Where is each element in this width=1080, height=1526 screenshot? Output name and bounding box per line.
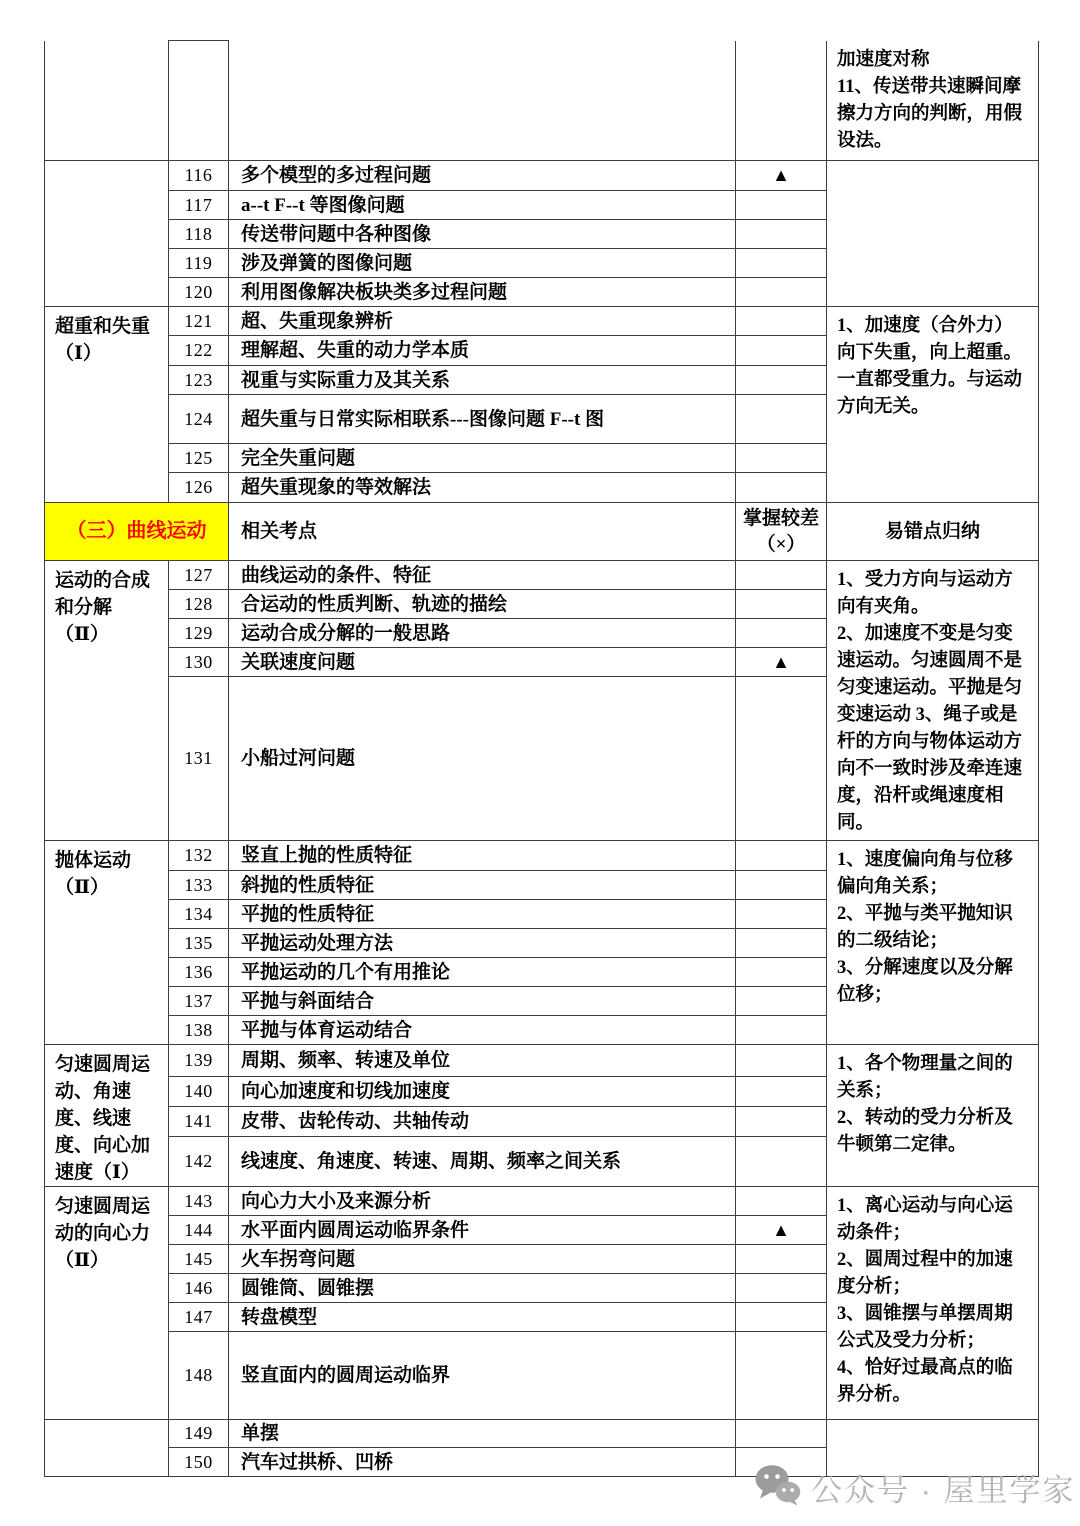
section-header-cell: （三）曲线运动 <box>45 503 229 561</box>
topic-cell: 圆锥筒、圆锥摆 <box>229 1274 736 1303</box>
row-number-cell: 130 <box>169 648 229 677</box>
topic-cell: 向心力大小及来源分析 <box>229 1187 736 1216</box>
mastery-cell <box>736 619 827 648</box>
row-number-cell: 135 <box>169 929 229 958</box>
notes-cell: 1、速度偏向角与位移 偏向角关系； 2、平抛与类平抛知识 的二级结论； 3、分解… <box>827 841 1039 1045</box>
row-number-cell: 136 <box>169 958 229 987</box>
page: { "header": { "section_label": "（三）曲线运动"… <box>0 0 1080 1526</box>
row-number-cell: 148 <box>169 1332 229 1420</box>
topic-cell: 平抛与体育运动结合 <box>229 1016 736 1045</box>
mastery-cell <box>736 871 827 900</box>
mastery-cell <box>736 1448 827 1477</box>
topic-cell: a--t F--t 等图像问题 <box>229 191 736 220</box>
category-cell: 匀速圆周运 动、角速 度、线速 度、向心加 速度（Ⅰ） <box>45 1045 169 1187</box>
category-cell: 匀速圆周运 动的向心力 （Ⅱ） <box>45 1187 169 1420</box>
mastery-cell <box>736 677 827 841</box>
notes-cell: 1、加速度（合外力） 向下失重，向上超重。 一直都受重力。与运动 方向无关。 <box>827 307 1039 503</box>
mastery-cell <box>736 307 827 336</box>
row-number-cell: 123 <box>169 366 229 395</box>
mastery-cell <box>736 1016 827 1045</box>
row-number-cell: 142 <box>169 1136 229 1186</box>
topic-cell: 关联速度问题 <box>229 648 736 677</box>
topic-cell: 竖直上抛的性质特征 <box>229 841 736 871</box>
mastery-mark: ▲ <box>736 648 827 677</box>
notes-cell <box>827 1420 1039 1477</box>
topics-header-cell: 相关考点 <box>229 503 736 561</box>
mastery-cell <box>736 1274 827 1303</box>
topic-cell: 运动合成分解的一般思路 <box>229 619 736 648</box>
row-number-cell: 150 <box>169 1448 229 1477</box>
mastery-cell <box>736 366 827 395</box>
notes-cell: 加速度对称 11、传送带共速瞬间摩 擦力方向的判断，用假 设法。 <box>827 41 1039 161</box>
mastery-cell <box>736 444 827 473</box>
category-cell <box>45 41 169 161</box>
mastery-cell <box>736 561 827 590</box>
row-number-cell: 117 <box>169 191 229 220</box>
topic-cell: 合运动的性质判断、轨迹的描绘 <box>229 590 736 619</box>
row-number-cell: 116 <box>169 161 229 191</box>
topic-cell: 斜抛的性质特征 <box>229 871 736 900</box>
category-cell <box>45 161 169 307</box>
mastery-cell <box>736 395 827 444</box>
mastery-cell <box>736 1106 827 1136</box>
category-cell: 抛体运动 （Ⅱ） <box>45 841 169 1045</box>
topic-cell: 平抛运动处理方法 <box>229 929 736 958</box>
row-number-cell: 139 <box>169 1045 229 1077</box>
topic-cell: 理解超、失重的动力学本质 <box>229 336 736 366</box>
mastery-cell <box>736 1332 827 1420</box>
mastery-cell <box>736 900 827 929</box>
mastery-cell <box>736 1303 827 1332</box>
row-number-cell: 127 <box>169 561 229 590</box>
mastery-mark: ▲ <box>736 161 827 191</box>
row-number-cell: 122 <box>169 336 229 366</box>
row-number-cell: 145 <box>169 1245 229 1274</box>
row-number-cell: 146 <box>169 1274 229 1303</box>
mastery-cell <box>736 1045 827 1077</box>
topic-cell: 涉及弹簧的图像问题 <box>229 249 736 278</box>
row-number-cell: 147 <box>169 1303 229 1332</box>
topic-cell: 超、失重现象辨析 <box>229 307 736 336</box>
topic-cell: 完全失重问题 <box>229 444 736 473</box>
notes-cell: 1、离心运动与向心运 动条件； 2、圆周过程中的加速 度分析； 3、圆锥摆与单摆… <box>827 1187 1039 1420</box>
topic-cell: 火车拐弯问题 <box>229 1245 736 1274</box>
topic-cell: 转盘模型 <box>229 1303 736 1332</box>
row-number-cell: 121 <box>169 307 229 336</box>
topic-cell: 水平面内圆周运动临界条件 <box>229 1216 736 1245</box>
topics-table-body: 加速度对称 11、传送带共速瞬间摩 擦力方向的判断，用假 设法。116多个模型的… <box>45 41 1039 1477</box>
notes-cell <box>827 161 1039 307</box>
row-number-cell: 118 <box>169 220 229 249</box>
row-number-cell: 149 <box>169 1420 229 1448</box>
topic-cell: 平抛的性质特征 <box>229 900 736 929</box>
mastery-cell <box>736 473 827 503</box>
mastery-cell <box>736 841 827 871</box>
row-number-cell: 126 <box>169 473 229 503</box>
mastery-cell <box>736 590 827 619</box>
row-number-cell: 119 <box>169 249 229 278</box>
row-number-cell: 144 <box>169 1216 229 1245</box>
mastery-cell <box>736 41 827 161</box>
row-number-cell: 131 <box>169 677 229 841</box>
notes-cell: 1、受力方向与运动方 向有夹角。 2、加速度不变是匀变 速运动。匀速圆周不是 匀… <box>827 561 1039 841</box>
mastery-cell <box>736 191 827 220</box>
topic-cell: 汽车过拱桥、凹桥 <box>229 1448 736 1477</box>
topic-cell: 超失重现象的等效解法 <box>229 473 736 503</box>
row-number-cell: 120 <box>169 278 229 307</box>
mastery-cell <box>736 249 827 278</box>
row-number-cell: 133 <box>169 871 229 900</box>
mastery-cell <box>736 1076 827 1106</box>
topic-cell: 线速度、角速度、转速、周期、频率之间关系 <box>229 1136 736 1186</box>
topic-cell: 多个模型的多过程问题 <box>229 161 736 191</box>
topic-cell: 周期、频率、转速及单位 <box>229 1045 736 1077</box>
mastery-cell <box>736 278 827 307</box>
topic-cell: 皮带、齿轮传动、共轴传动 <box>229 1106 736 1136</box>
topic-cell: 小船过河问题 <box>229 677 736 841</box>
topic-cell: 单摆 <box>229 1420 736 1448</box>
row-number-cell: 129 <box>169 619 229 648</box>
row-number-cell: 134 <box>169 900 229 929</box>
mastery-cell <box>736 1245 827 1274</box>
category-cell: 运动的合成 和分解 （Ⅱ） <box>45 561 169 841</box>
topic-cell: 传送带问题中各种图像 <box>229 220 736 249</box>
row-number-cell: 125 <box>169 444 229 473</box>
category-cell: 超重和失重 （Ⅰ） <box>45 307 169 503</box>
row-number-cell: 140 <box>169 1076 229 1106</box>
topic-cell: 曲线运动的条件、特征 <box>229 561 736 590</box>
row-number-cell: 137 <box>169 987 229 1016</box>
row-number-cell: 138 <box>169 1016 229 1045</box>
topic-cell: 向心加速度和切线加速度 <box>229 1076 736 1106</box>
topic-cell: 视重与实际重力及其关系 <box>229 366 736 395</box>
mastery-cell <box>736 1420 827 1448</box>
category-cell <box>45 1420 169 1477</box>
row-number-cell <box>169 41 229 161</box>
mastery-header-cell: 掌握较差 （×） <box>736 503 827 561</box>
mastery-cell <box>736 929 827 958</box>
row-number-cell: 128 <box>169 590 229 619</box>
topic-cell: 平抛运动的几个有用推论 <box>229 958 736 987</box>
mastery-cell <box>736 336 827 366</box>
topic-cell: 超失重与日常实际相联系---图像问题 F--t 图 <box>229 395 736 444</box>
topic-cell <box>229 41 736 161</box>
notes-header-cell: 易错点归纳 <box>827 503 1039 561</box>
row-number-cell: 124 <box>169 395 229 444</box>
mastery-cell <box>736 1187 827 1216</box>
row-number-cell: 141 <box>169 1106 229 1136</box>
topics-table: 加速度对称 11、传送带共速瞬间摩 擦力方向的判断，用假 设法。116多个模型的… <box>44 40 1039 1477</box>
mastery-mark: ▲ <box>736 1216 827 1245</box>
notes-cell: 1、各个物理量之间的 关系； 2、转动的受力分析及 牛顿第二定律。 <box>827 1045 1039 1187</box>
mastery-cell <box>736 958 827 987</box>
mastery-cell <box>736 220 827 249</box>
mastery-cell <box>736 1136 827 1186</box>
row-number-cell: 132 <box>169 841 229 871</box>
row-number-cell: 143 <box>169 1187 229 1216</box>
topic-cell: 平抛与斜面结合 <box>229 987 736 1016</box>
topic-cell: 竖直面内的圆周运动临界 <box>229 1332 736 1420</box>
topic-cell: 利用图像解决板块类多过程问题 <box>229 278 736 307</box>
mastery-cell <box>736 987 827 1016</box>
